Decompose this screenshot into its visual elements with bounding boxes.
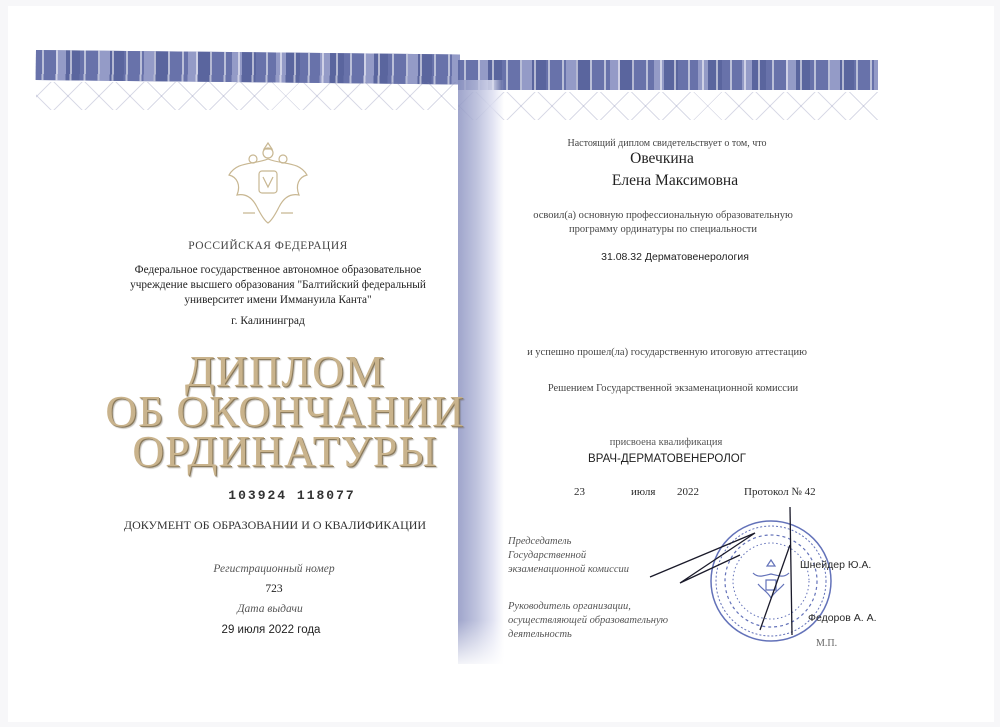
graduate-given-names: Елена Максимовна [612, 172, 738, 190]
decision-year: 2022 [677, 486, 699, 498]
qualification-label: присвоена квалификация [610, 437, 723, 448]
specialty: 31.08.32 Дерматовенерология [601, 251, 749, 263]
seal-label: М.П. [816, 638, 837, 649]
organization-line: университет имени Иммануила Канта" [130, 293, 426, 308]
diploma-title-line: ОРДИНАТУРЫ [132, 430, 437, 474]
decorative-band-left [36, 50, 460, 84]
organization-name: Федеральное государственное автономное о… [130, 263, 426, 308]
organization-line: учреждение высшего образования "Балтийск… [130, 278, 426, 293]
decorative-lace-right [458, 92, 878, 120]
chair-label-line: Государственной [508, 549, 629, 563]
issue-date-label: Дата выдачи [237, 603, 303, 615]
decision-day: 23 [574, 486, 585, 498]
chair-label-line: Председатель [508, 535, 629, 549]
protocol-number: Протокол № 42 [744, 486, 816, 498]
program-line: освоил(а) основную профессиональную обра… [533, 209, 793, 223]
program-description: освоил(а) основную профессиональную обра… [533, 209, 793, 237]
issue-date: 29 июля 2022 года [222, 624, 321, 636]
certification-intro: Настоящий диплом свидетельствует о том, … [568, 138, 767, 149]
decorative-band-right [458, 60, 878, 90]
registration-label: Регистрационный номер [213, 563, 334, 575]
serial-number: 103924 118077 [228, 488, 355, 503]
document-type: ДОКУМЕНТ ОБ ОБРАЗОВАНИИ И О КВАЛИФИКАЦИИ [124, 518, 426, 533]
country-name: РОССИЙСКАЯ ФЕДЕРАЦИЯ [188, 240, 348, 252]
commission-decision: Решением Государственной экзаменационной… [548, 383, 798, 394]
spine-gradient [458, 80, 504, 664]
program-line: программу ординатуры по специальности [533, 223, 793, 237]
decision-month: июля [631, 486, 655, 498]
registration-number: 723 [265, 583, 282, 595]
chair-label: Председатель Государственной экзаменацио… [508, 535, 629, 577]
graduate-surname: Овечкина [630, 150, 694, 168]
signature-icon [640, 505, 810, 645]
chair-label-line: экзаменационной комиссии [508, 563, 629, 577]
decorative-lace-left [36, 82, 460, 110]
head-name: Федоров А. А. [808, 612, 877, 624]
coat-of-arms-icon [223, 135, 313, 227]
city: г. Калининград [231, 315, 305, 327]
attestation-statement: и успешно прошел(ла) государственную ито… [527, 347, 807, 358]
qualification: ВРАЧ-ДЕРМАТОВЕНЕРОЛОГ [588, 453, 746, 465]
organization-line: Федеральное государственное автономное о… [130, 263, 426, 278]
chair-name: Шнейдер Ю.А. [800, 559, 871, 571]
